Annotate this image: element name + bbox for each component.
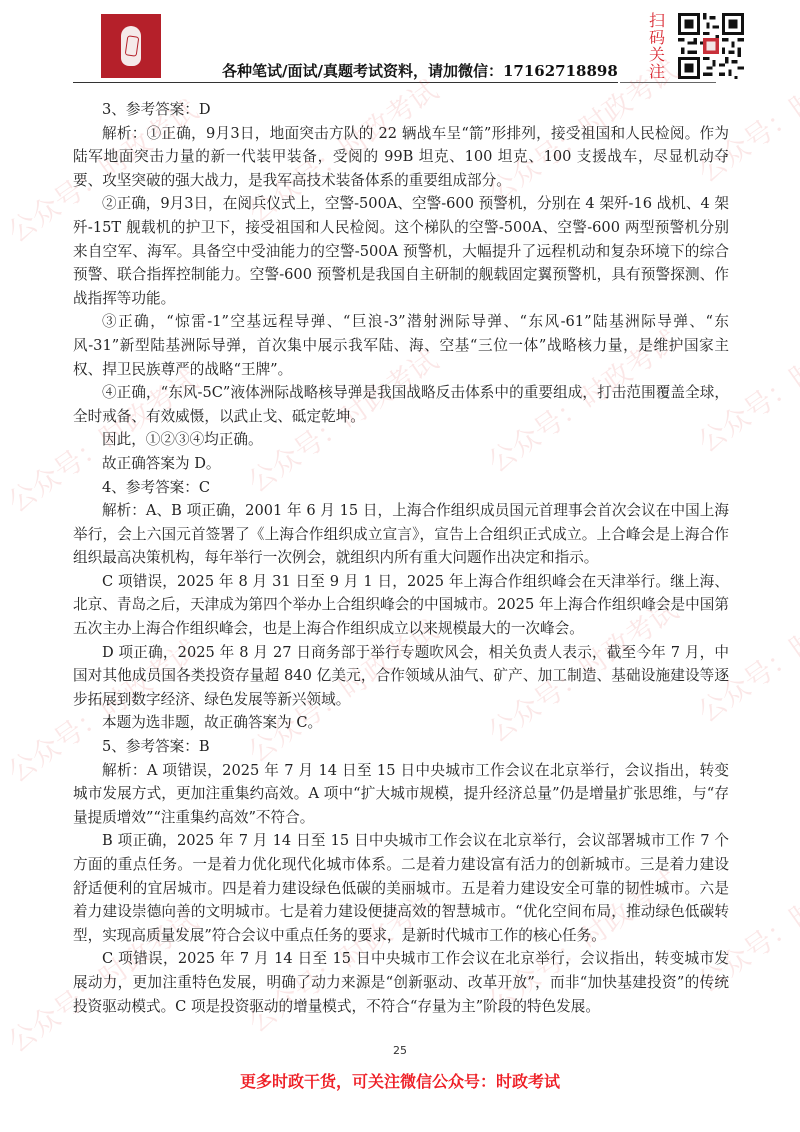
- explanation-paragraph: ③正确，“惊雷-1”空基远程导弹、“巨浪-3”潜射洲际导弹、“东风-61”陆基洲…: [73, 310, 729, 381]
- answer-conclusion: 故正确答案为 D。: [73, 452, 729, 476]
- seal-logo-icon: [101, 14, 161, 78]
- explanation-paragraph: 解析：A、B 项正确，2001 年 6 月 15 日，上海合作组织成员国元首理事…: [73, 499, 729, 570]
- explanation-paragraph: 解析：①正确，9月3日，地面突击方队的 22 辆战车呈“箭”形排列，接受祖国和人…: [73, 122, 729, 193]
- explanation-paragraph: B 项正确，2025 年 7 月 14 日至 15 日中央城市工作会议在北京举行…: [73, 829, 729, 947]
- answer-explanations: 3、参考答案：D 解析：①正确，9月3日，地面突击方队的 22 辆战车呈“箭”形…: [73, 98, 729, 1018]
- footer-promo: 更多时政干货，可关注微信公众号：时政考试: [0, 1069, 800, 1092]
- explanation-paragraph: 解析：A 项错误，2025 年 7 月 14 日至 15 日中央城市工作会议在北…: [73, 759, 729, 830]
- explanation-paragraph: D 项正确，2025 年 8 月 27 日商务部于举行专题吹风会，相关负责人表示…: [73, 641, 729, 712]
- answer-heading-4: 4、参考答案：C: [73, 476, 729, 500]
- qr-code-icon: [678, 13, 744, 79]
- explanation-paragraph: ④正确，“东风-5C”液体洲际战略核导弹是我国战略反击体系中的重要组成，打击范围…: [73, 381, 729, 428]
- answer-heading-5: 5、参考答案：B: [73, 735, 729, 759]
- header-divider: [73, 82, 618, 83]
- page-header: 各种笔试/面试/真题考试资料，请加微信：17162718898 扫码关注: [0, 0, 800, 86]
- explanation-paragraph: C 项错误，2025 年 8 月 31 日至 9 月 1 日，2025 年上海合…: [73, 570, 729, 641]
- explanation-paragraph: 因此，①②③④均正确。: [73, 428, 729, 452]
- answer-conclusion: 本题为选非题，故正确答案为 C。: [73, 711, 729, 735]
- explanation-paragraph: C 项错误，2025 年 7 月 14 日至 15 日中央城市工作会议在北京举行…: [73, 947, 729, 1018]
- page-number: 25: [0, 1044, 800, 1057]
- header-divider-secondary: [620, 82, 716, 83]
- scan-follow-label: 扫码关注: [648, 12, 666, 80]
- header-slogan: 各种笔试/面试/真题考试资料，请加微信：17162718898: [222, 60, 618, 81]
- answer-heading-3: 3、参考答案：D: [73, 98, 729, 122]
- explanation-paragraph: ②正确，9月3日，在阅兵仪式上，空警-500A、空警-600 预警机，分别在 4…: [73, 192, 729, 310]
